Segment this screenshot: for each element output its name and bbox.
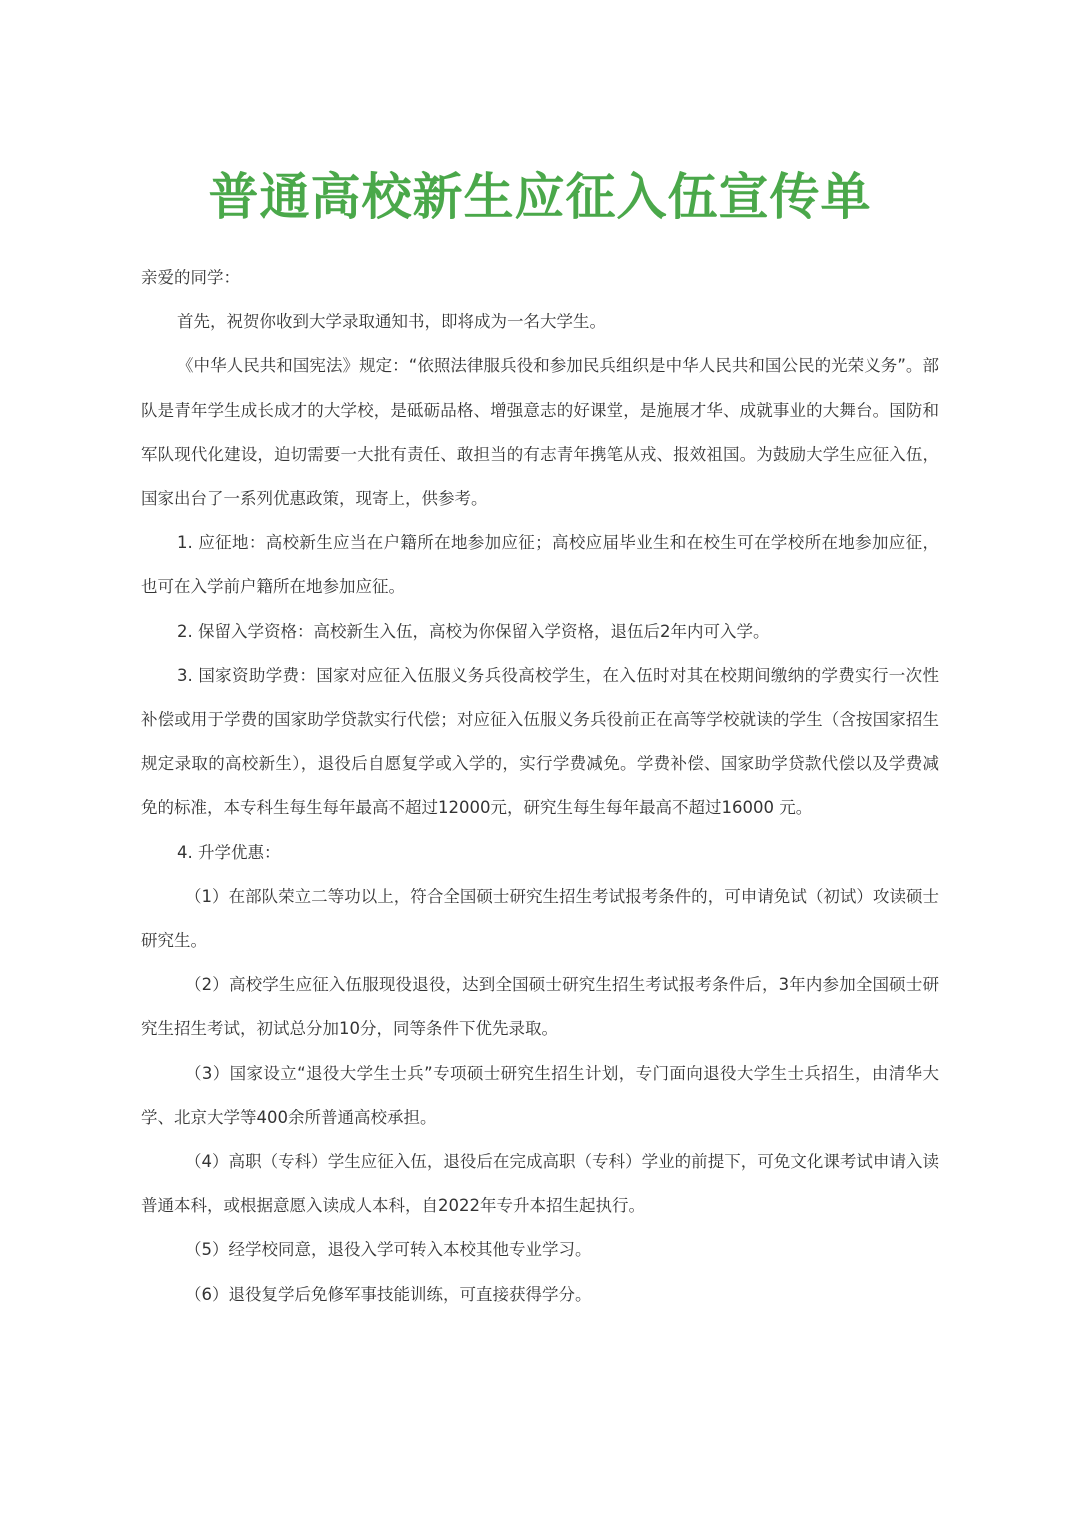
- paragraph-constitution: 《中华人民共和国宪法》规定：“依照法律服兵役和参加民兵组织是中华人民共和国公民的…: [141, 344, 939, 521]
- paragraph-policy-2-enrollment-retention: 2. 保留入学资格：高校新生入伍，高校为你保留入学资格，退伍后2年内可入学。: [141, 610, 939, 654]
- paragraph-policy-1-enlistment-place: 1. 应征地：高校新生应当在户籍所在地参加应征；高校应届毕业生和在校生可在学校所…: [141, 521, 939, 609]
- sub-item-6: （6）退役复学后免修军事技能训练，可直接获得学分。: [141, 1273, 939, 1317]
- paragraph-policy-3-tuition-aid: 3. 国家资助学费：国家对应征入伍服义务兵役高校学生，在入伍时对其在校期间缴纳的…: [141, 654, 939, 831]
- paragraph-congrats: 首先，祝贺你收到大学录取通知书，即将成为一名大学生。: [141, 300, 939, 344]
- document-body: 亲爱的同学： 首先，祝贺你收到大学录取通知书，即将成为一名大学生。 《中华人民共…: [141, 256, 939, 1317]
- sub-item-5: （5）经学校同意，退役入学可转入本校其他专业学习。: [141, 1228, 939, 1272]
- paragraph-policy-4-heading: 4. 升学优惠：: [141, 831, 939, 875]
- sub-item-4: （4）高职（专科）学生应征入伍，退役后在完成高职（专科）学业的前提下，可免文化课…: [141, 1140, 939, 1228]
- sub-item-1: （1）在部队荣立二等功以上，符合全国硕士研究生招生考试报考条件的，可申请免试（初…: [141, 875, 939, 963]
- salutation: 亲爱的同学：: [141, 256, 939, 300]
- sub-item-2: （2）高校学生应征入伍服现役退役，达到全国硕士研究生招生考试报考条件后，3年内参…: [141, 963, 939, 1051]
- sub-item-3: （3）国家设立“退役大学生士兵”专项硕士研究生招生计划，专门面向退役大学生士兵招…: [141, 1052, 939, 1140]
- flyer-page: 普通高校新生应征入伍宣传单 亲爱的同学： 首先，祝贺你收到大学录取通知书，即将成…: [0, 0, 1080, 1528]
- page-title: 普通高校新生应征入伍宣传单: [0, 162, 1080, 232]
